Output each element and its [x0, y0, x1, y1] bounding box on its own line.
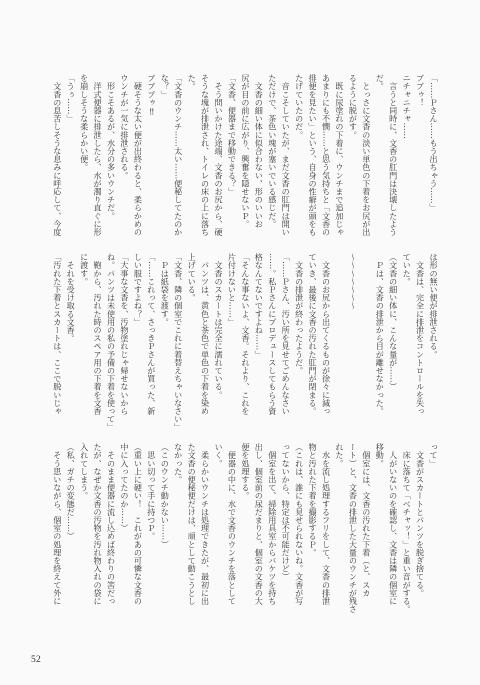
text-column: ってないから、特定は不可能だけど）: [279, 443, 292, 611]
text-column: それを受け取る文香。: [64, 253, 77, 421]
text-column: そう思いながら、個室の処理を終えて外に: [50, 443, 63, 611]
text-column: 硬そうな太い便が出終わると、柔らかめの: [131, 74, 144, 242]
text-column: るように脱がす。: [346, 74, 359, 242]
text-tier-lower: って」 文香がスカートとパンツを脱ぎ捨てる。 床に落ちて「ベチャッ！」と重い音が…: [50, 443, 440, 611]
text-column: 鞄から、汚れた時のスペア用の下着を文香: [91, 253, 104, 421]
text-column: 片付けないと……」: [225, 253, 238, 421]
text-column: 「……Ｐさん……もう出ちゃう……」: [427, 74, 440, 242]
text-column: 「そんな事ないよ、文香。それより、これを: [238, 253, 251, 421]
text-column: 格なんてないですよね……」: [252, 253, 265, 421]
text-column: な？」: [158, 74, 171, 242]
text-column: 床に落ちて「ベチャッ！」と重い音がする。: [400, 443, 413, 611]
text-column: たげていたのだ。: [292, 74, 305, 242]
text-column: 「文香のウンチ……太い……便秘してたのか: [171, 74, 184, 242]
text-column: とっさに文香の淡い単色の下着をお尻が出: [359, 74, 372, 242]
text-column: 人がいないのを確認し、文香は隣の個室に: [386, 443, 399, 611]
text-column: だ。: [373, 74, 386, 242]
text-tier-middle: は形の無い便が排泄される。 文香は、完全に排泄をコントロールを失っ ていた。 （…: [50, 253, 440, 421]
text-column: いく。: [212, 443, 225, 611]
text-column: 文香の排泄が終わったようだ。: [292, 253, 305, 421]
text-column: しい服ですよね？」: [131, 253, 144, 421]
text-column: そう問いかけた途端、文香のお尻から、硬: [212, 74, 225, 242]
text-tier-upper: 「……Ｐさん……もう出ちゃう……」 ブブゥ！ ニチャニチャ…… 言うと同時に、文…: [50, 74, 440, 242]
text-column: Ｐは、文香の排泄から目が離せなかった。: [373, 253, 386, 421]
text-column: 水を流し処理するフリをして、文香の排泄: [319, 443, 332, 611]
text-column: 入れてしまう。: [77, 443, 90, 611]
scene-break-separator: 〜〜〜〜〜〜〜: [346, 253, 359, 421]
text-column: Ｐは紙袋を渡す。: [158, 253, 171, 421]
text-column: を崩しそうな柔らかい便。: [77, 74, 90, 242]
text-column: 中に入ってたのか……）: [118, 443, 131, 611]
text-column: ート）と、文香の排泄した大量のウンチが残さ: [346, 443, 359, 611]
text-column: 洋式便器に排泄したら、水が濁り直ぐに形: [91, 74, 104, 242]
text-column: 移動。: [373, 443, 386, 611]
text-column: ていき、最後に文香の汚れた肛門が閉まる。: [306, 253, 319, 421]
text-column: ブブゥ！: [413, 74, 426, 242]
text-column: 既に尿塗れの下着に、ウンチまで追加じゃ: [333, 74, 346, 242]
text-column: 「文香、便器まで移動できる？」: [225, 74, 238, 242]
text-column: 出し、個室前の尿だまりと、個室の文香の大: [252, 443, 265, 611]
blank-column: [333, 253, 346, 421]
text-column: 柔らかいウンチは処理できたが、最初に出: [198, 443, 211, 611]
text-column: 上げている。: [185, 253, 198, 421]
text-column: ただけで、茶色い塊が塞いでいる感じだ。: [265, 74, 278, 242]
text-column: 「……Ｐさん、汚い所を見せてごめんなさい: [279, 253, 292, 421]
text-column: なかった。: [171, 443, 184, 611]
text-column: 便器の中に、水で文香のウンチを落として: [225, 443, 238, 611]
text-column: 思い切って手に持つＰ。: [144, 443, 157, 611]
text-column: 尻が目の前に広がり、興奮を隠せないＰ。: [238, 74, 251, 242]
text-column: （私、ガチの変態だ……）: [64, 443, 77, 611]
page-number: 52: [31, 655, 41, 665]
text-column: （このウンチ動かない……）: [158, 443, 171, 611]
text-column: （重い上に硬い！ これがあの可憐な文香の: [131, 443, 144, 611]
text-column: たが、なぜか文香の汚物を汚れ物入れの袋に: [91, 443, 104, 611]
text-column: ブブブゥ‼: [144, 74, 157, 242]
text-column: た。: [185, 74, 198, 242]
text-column: ウンチが一気に排泄される。: [118, 74, 131, 242]
text-column: 個室を出て、掃除用具室からバケツを持ち: [265, 443, 278, 611]
text-column: 「大事な文香を、汚物塗れじゃ帰せないから: [118, 253, 131, 421]
text-column: そうな塊が排泄され、トイレの床の上に落ち: [198, 74, 211, 242]
text-column: ニチャニチャ……: [400, 74, 413, 242]
text-column: た文香の便秘便だけは、頑として動こうとし: [185, 443, 198, 611]
text-column: 個室には、文香の汚れた下着（と、スカ: [359, 443, 372, 611]
text-column: れた。: [333, 443, 346, 611]
text-column: 排便を見たい」という、自身の性癖が頭をも: [306, 74, 319, 242]
text-column: そのまま便器に流し込めば終わりの筈だっ: [104, 443, 117, 611]
text-column: （これは、誰にも見せられないね。文香が写: [292, 443, 305, 611]
text-column: 「汚れた下着とスカートは、ここで脱いじゃ: [50, 253, 63, 421]
text-column: は形の無い便が排泄される。: [427, 253, 440, 421]
text-column: 文香の息苦しそうな息みに呼応して、今度: [50, 74, 63, 242]
text-column: 「うぅ……」: [64, 74, 77, 242]
text-column: に渡す。: [77, 253, 90, 421]
text-column: 「……これって、さっきＰさんが買った、新: [144, 253, 157, 421]
text-column: 便を処理する。: [238, 443, 251, 611]
text-column: 文香のスカートは完全に濡れている。: [212, 253, 225, 421]
text-column: （文香の細い体に、こんな量が……）: [386, 253, 399, 421]
text-column: ……。私Ｐさんにプロデュースしてもらう資: [265, 253, 278, 421]
text-column: 言うと同時に、文香の肛門は決壊したよう: [386, 74, 399, 242]
text-column: ていた。: [400, 253, 413, 421]
text-column: 文香がスカートとパンツを脱ぎ捨てる。: [413, 443, 426, 611]
text-column: あまりにも不憫……と思う気持ちと「文香の: [319, 74, 332, 242]
text-column: 物と汚れた下着を撮影するＰ。: [306, 443, 319, 611]
text-column: 音こそしていたが、まだ文香の肛門は開い: [279, 74, 292, 242]
text-column: 文香は、完全に排泄をコントロールを失っ: [413, 253, 426, 421]
text-column: 文香のお尻から出てくるものが徐々に減っ: [319, 253, 332, 421]
text-column: 形こそあるが、水分の多いウンチだ。: [104, 74, 117, 242]
text-column: パンツは、黄色と茶色で単色の下着を染め: [198, 253, 211, 421]
book-page: 「……Ｐさん……もう出ちゃう……」 ブブゥ！ ニチャニチャ…… 言うと同時に、文…: [0, 0, 480, 685]
text-column: って」: [427, 443, 440, 611]
text-column: ね。パンツは未使用の私の予備の下着を使って」: [104, 253, 117, 421]
text-column: 「文香、隣の個室でこれに着替えちゃいなさい」: [171, 253, 184, 421]
text-column: 文香の細い体に似合わない、形のいいお: [252, 74, 265, 242]
blank-column: [359, 253, 372, 421]
